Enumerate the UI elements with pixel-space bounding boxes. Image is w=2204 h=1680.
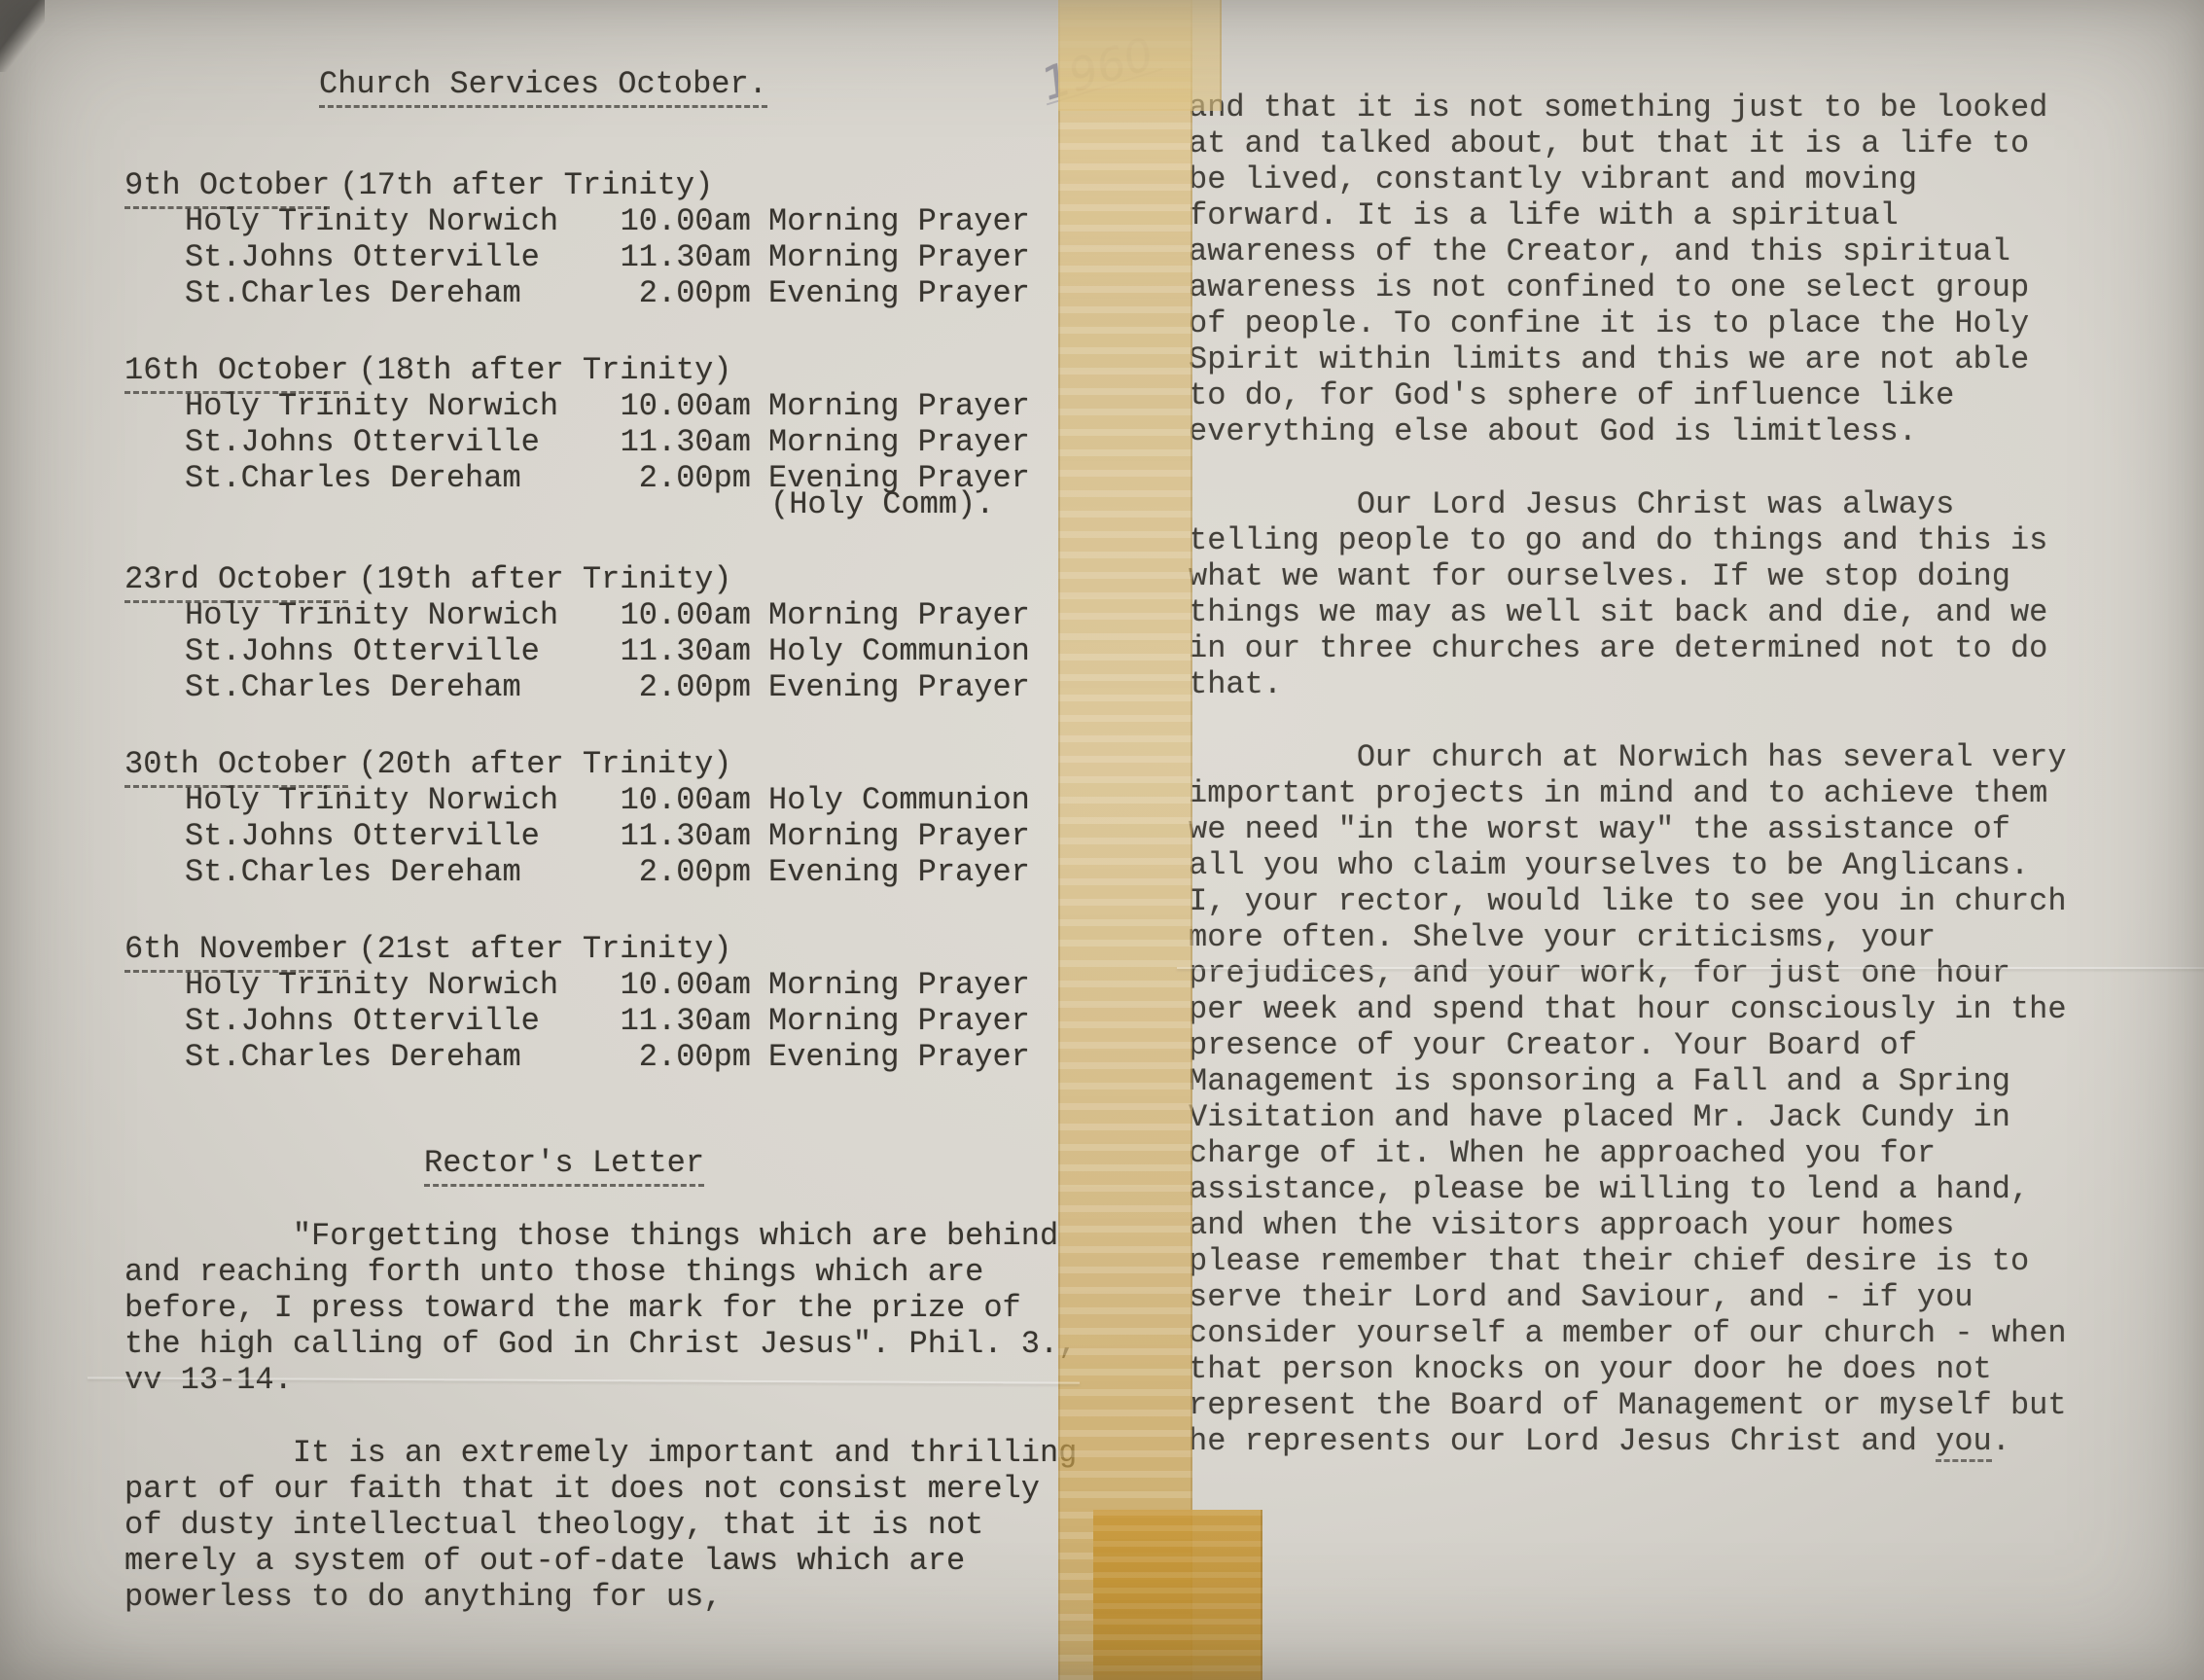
- service-type: Evening Prayer: [751, 854, 1030, 890]
- church-name: Holy Trinity Norwich: [185, 967, 613, 1003]
- service-time: 10.00am: [613, 782, 751, 818]
- church-name: St.Charles Dereham: [185, 275, 613, 311]
- rectors-letter-heading: Rector's Letter: [424, 1145, 704, 1181]
- church-name: Holy Trinity Norwich: [185, 203, 613, 239]
- service-time: 2.00pm: [613, 1039, 751, 1075]
- service-date-heading: 6th November(21st after Trinity): [124, 931, 1087, 967]
- service-row: St.Charles Dereham 2.00pm Evening Prayer: [185, 669, 1087, 705]
- service-block-16th-october: 16th October(18th after Trinity) Holy Tr…: [124, 352, 1087, 520]
- final-period: .: [1992, 1423, 2010, 1459]
- service-time: 2.00pm: [613, 854, 751, 890]
- service-block-30th-october: 30th October(20th after Trinity) Holy Tr…: [124, 746, 1087, 890]
- service-time: 11.30am: [613, 1003, 751, 1039]
- service-date-heading: 9th October(17th after Trinity): [124, 167, 1087, 203]
- service-block-23rd-october: 23rd October(19th after Trinity) Holy Tr…: [124, 561, 1087, 705]
- scan-corner-shadow: [0, 0, 45, 72]
- service-type: Morning Prayer: [751, 1003, 1030, 1039]
- church-name: Holy Trinity Norwich: [185, 597, 613, 633]
- service-date-heading: 23rd October(19th after Trinity): [124, 561, 1087, 597]
- letter-paragraph-quote: "Forgetting those things which are behin…: [124, 1218, 1087, 1398]
- service-time: 10.00am: [613, 388, 751, 424]
- service-block-6th-november: 6th November(21st after Trinity) Holy Tr…: [124, 931, 1087, 1075]
- service-time: 2.00pm: [613, 275, 751, 311]
- service-row: St.Johns Otterville 11.30am Morning Pray…: [185, 1003, 1087, 1039]
- service-block-9th-october: 9th October(17th after Trinity) Holy Tri…: [124, 167, 1087, 311]
- service-row: St.Johns Otterville 11.30am Morning Pray…: [185, 424, 1087, 460]
- letter-paragraph-intro: It is an extremely important and thrilli…: [124, 1435, 1087, 1615]
- service-type: Morning Prayer: [751, 203, 1030, 239]
- service-row: Holy Trinity Norwich 10.00am Morning Pra…: [185, 597, 1087, 633]
- service-row: St.Charles Dereham 2.00pm Evening Prayer: [185, 275, 1087, 311]
- service-row: St.Charles Dereham 2.00pm Evening Prayer: [185, 854, 1087, 890]
- service-type: Holy Communion: [751, 782, 1030, 818]
- left-column: Church Services October. 1960 9th Octobe…: [124, 66, 1087, 1615]
- trinity-label: (21st after Trinity): [358, 931, 731, 967]
- service-row: Holy Trinity Norwich 10.00am Holy Commun…: [185, 782, 1087, 818]
- service-time: 11.30am: [613, 633, 751, 669]
- service-type: Evening Prayer: [751, 275, 1030, 311]
- trinity-label: (17th after Trinity): [339, 167, 713, 203]
- church-name: St.Charles Dereham: [185, 669, 613, 705]
- service-type: Evening Prayer: [751, 1039, 1030, 1075]
- sellotape-bottom-piece: [1093, 1510, 1262, 1680]
- letter-paragraph-our-lord: Our Lord Jesus Christ was always telling…: [1189, 486, 2069, 702]
- right-column: and that it is not something just to be …: [1189, 89, 2069, 1459]
- trinity-label: (19th after Trinity): [358, 561, 731, 597]
- church-name: St.Johns Otterville: [185, 633, 613, 669]
- handwritten-year: 1960: [1036, 34, 1163, 106]
- church-name: St.Johns Otterville: [185, 239, 613, 275]
- letter-paragraph-continuation: and that it is not something just to be …: [1189, 89, 2069, 449]
- service-date-heading: 30th October(20th after Trinity): [124, 746, 1087, 782]
- service-type: Morning Prayer: [751, 818, 1030, 854]
- letter-paragraph-projects-text: Our church at Norwich has several very i…: [1189, 739, 2067, 1459]
- service-type: Morning Prayer: [751, 388, 1030, 424]
- page-title: Church Services October.: [319, 66, 767, 108]
- service-type: Morning Prayer: [751, 424, 1030, 460]
- scanned-newsletter-page: Church Services October. 1960 9th Octobe…: [0, 0, 2204, 1680]
- church-name: St.Charles Dereham: [185, 460, 613, 496]
- service-type: Evening Prayer: [751, 669, 1030, 705]
- service-row: Holy Trinity Norwich 10.00am Morning Pra…: [185, 388, 1087, 424]
- service-row: Holy Trinity Norwich 10.00am Morning Pra…: [185, 967, 1087, 1003]
- service-row: St.Johns Otterville 11.30am Holy Communi…: [185, 633, 1087, 669]
- service-row: St.Charles Dereham 2.00pm Evening Prayer: [185, 1039, 1087, 1075]
- church-name: St.Johns Otterville: [185, 818, 613, 854]
- church-name: Holy Trinity Norwich: [185, 782, 613, 818]
- service-type: Morning Prayer: [751, 597, 1030, 633]
- page-title-row: Church Services October. 1960: [319, 66, 1087, 121]
- service-time: 11.30am: [613, 424, 751, 460]
- holy-communion-note: (Holy Comm).: [770, 489, 1087, 520]
- service-row: Holy Trinity Norwich 10.00am Morning Pra…: [185, 203, 1087, 239]
- trinity-label: (20th after Trinity): [358, 746, 731, 782]
- service-time: 11.30am: [613, 818, 751, 854]
- service-time: 10.00am: [613, 967, 751, 1003]
- service-type: Morning Prayer: [751, 967, 1030, 1003]
- service-time: 11.30am: [613, 239, 751, 275]
- service-date-heading: 16th October(18th after Trinity): [124, 352, 1087, 388]
- letter-paragraph-projects: Our church at Norwich has several very i…: [1189, 739, 2069, 1459]
- trinity-label: (18th after Trinity): [358, 352, 731, 388]
- service-time: 10.00am: [613, 597, 751, 633]
- service-time: 2.00pm: [613, 669, 751, 705]
- church-name: Holy Trinity Norwich: [185, 388, 613, 424]
- church-name: St.Charles Dereham: [185, 1039, 613, 1075]
- service-time: 10.00am: [613, 203, 751, 239]
- service-row: St.Johns Otterville 11.30am Morning Pray…: [185, 239, 1087, 275]
- service-row: St.Johns Otterville 11.30am Morning Pray…: [185, 818, 1087, 854]
- church-name: St.Johns Otterville: [185, 424, 613, 460]
- rectors-letter-title: Rector's Letter: [424, 1145, 704, 1187]
- church-name: St.Johns Otterville: [185, 1003, 613, 1039]
- underlined-you: you: [1936, 1423, 1992, 1462]
- service-time: 2.00pm: [613, 460, 751, 496]
- service-type: Holy Communion: [751, 633, 1030, 669]
- church-name: St.Charles Dereham: [185, 854, 613, 890]
- service-type: Morning Prayer: [751, 239, 1030, 275]
